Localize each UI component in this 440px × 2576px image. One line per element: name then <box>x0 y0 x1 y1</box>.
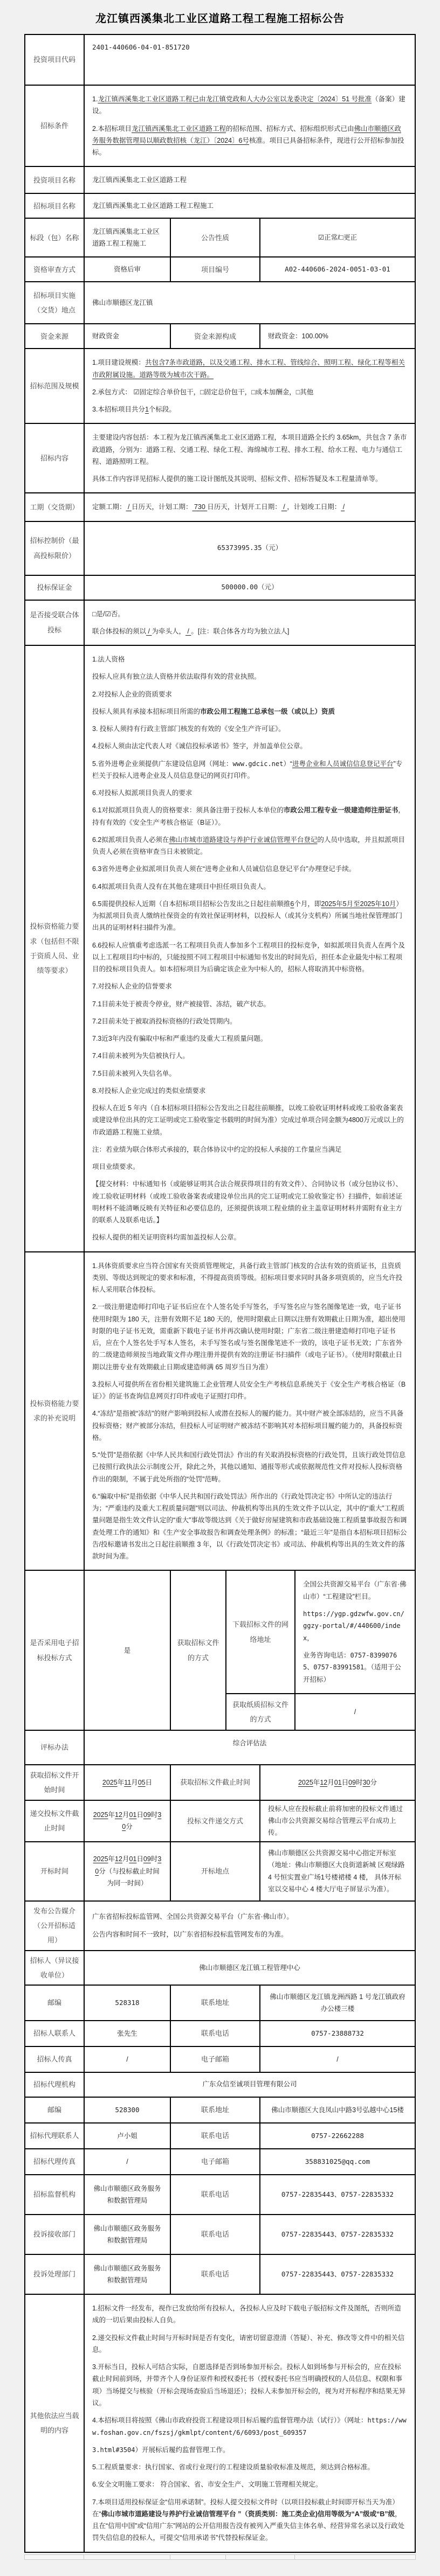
other-content-value: 1.招标文件一经发布，视作已发放给所有投标人，各投标人应及时下载电子版招标文件及… <box>84 2294 415 2552</box>
control-price-label: 招标控制价（最高投标限价） <box>25 521 84 575</box>
tenderer-contact-value: 张先生 <box>84 2021 170 2046</box>
table-row: 投诉接收部门 佛山市顺德区政务服务和数据管理局 联系电话 0757-228354… <box>25 2215 415 2254</box>
obtain-method-label: 获取招标文件的方式 <box>170 1570 226 1730</box>
tenderer-tel-value: 0757-23888732 <box>260 2021 415 2046</box>
agency-email-label: 电子邮箱 <box>170 2149 260 2175</box>
tender-project-name-value: 龙江镇西溪集北工业区道路工程工程施工 <box>84 193 415 218</box>
section-name-value: 龙江镇西溪集北工业区道路工程工程施工 <box>84 218 170 257</box>
tenderer-address-label: 联系地址 <box>170 1985 260 2021</box>
investment-code-value: 2401-440606-04-01-851720 <box>84 34 415 85</box>
other-content-label: 其他依法应当载明的内容 <box>25 2294 84 2552</box>
download-url-label: 下载招标文件的网络地址 <box>226 1570 295 1694</box>
agency-fax-label: 招标代理传真 <box>25 2149 84 2175</box>
funding-composition-label: 资金来源构成 <box>170 324 260 349</box>
supervisor-value: 佛山市顺德区政务服务和数据管理局 <box>84 2175 170 2215</box>
paper-document-value: / <box>295 1694 415 1730</box>
table-row: 投资项目代码 2401-440606-04-01-851720 <box>25 34 415 85</box>
complaint-receive-tel-value: 0757-22835443、0757-22835332 <box>260 2215 415 2254</box>
table-section-agency-contact: 邮编 528300 联系地址 佛山市顺德区大良凤山中路3号弘越中心15楼 招标代… <box>24 2097 416 2295</box>
table-row: 发布公告媒介（公开招标适用） 广东省招标投标监管网、全国公共资源交易平台（广东省… <box>25 1901 415 1951</box>
table-row: 招标控制价（最高投标限价） 65373995.35（元） <box>25 521 415 575</box>
tenderer-fax-label: 招标人传真 <box>25 2046 84 2072</box>
notice-nature-value: ☑正常/□更正 <box>260 218 415 257</box>
table-row: 邮编 528300 联系地址 佛山市顺德区大良凤山中路3号弘越中心15楼 <box>25 2097 415 2123</box>
table-section-media: 发布公告媒介（公开招标适用） 广东省招标投标监管网、全国公共资源交易平台（广东省… <box>24 1900 416 1986</box>
table-row: 评标办法 综合评估法 <box>25 1730 415 1765</box>
tender-project-name-label: 招标项目名称 <box>25 193 84 218</box>
supervisor-label: 招标监督机构 <box>25 2175 84 2215</box>
complaint-receive-value: 佛山市顺德区政务服务和数据管理局 <box>84 2215 170 2254</box>
project-number-value: A02-440606-2024-0051-03-01 <box>260 257 415 282</box>
bid-bond-label: 投标保证金 <box>25 575 84 600</box>
complaint-handle-value: 佛山市顺德区政务服务和数据管理局 <box>84 2254 170 2294</box>
complaint-handle-label: 投诉处理部门 <box>25 2254 84 2294</box>
tender-content-value: 主要建设内容包括：本工程为龙江镇西溪集北工业区道路工程，本项目道路全长约 3.6… <box>84 423 415 493</box>
supervisor-tel-value: 0757-22835443、0757-22835332 <box>260 2175 415 2215</box>
table-row: 招标代理机构 广东众信至诚项目管理有限公司 <box>25 2072 415 2097</box>
agency-tel-value: 0757-22662288 <box>260 2123 415 2149</box>
delivery-location-value: 佛山市顺德区龙江镇 <box>84 282 415 324</box>
table-section-electronic: 是否采用电子招标投标方式 是 获取招标文件的方式 下载招标文件的网络地址 全国公… <box>24 1570 416 1731</box>
download-url-value: 全国公共资源交易平台（广东省·佛山市）“工程建设”栏目。https://ygp.… <box>295 1570 415 1694</box>
qualification-review-label: 资格审查方式 <box>25 257 84 282</box>
paper-document-label: 获取纸质招标文件的方式 <box>226 1694 295 1730</box>
table-section-basic: 投资项目代码 2401-440606-04-01-851720 招标条件 1.龙… <box>24 34 416 219</box>
qualification-supplement-label: 投标资格能力要求的补充说明 <box>25 1252 84 1571</box>
consortium-value: □是/☑否。联合体投标的须以 / 为牵头人， / 。[注：联合体各方均为独立法人… <box>84 600 415 646</box>
electronic-bidding-label: 是否采用电子招标投标方式 <box>25 1570 84 1730</box>
announcement-media-value: 广东省招标投标监管网、全国公共资源交易平台（广东省·佛山市）。公告内容和时间不一… <box>84 1901 415 1951</box>
table-section-other: 其他依法应当载明的内容 1.招标文件一经发布，视作已发放给所有投标人，各投标人应… <box>24 2294 416 2553</box>
section-name-label: 标段（包）名称 <box>25 218 84 257</box>
table-row: 招标代理联系人 卢小姐 联系电话 0757-22662288 <box>25 2123 415 2149</box>
table-row: 投资项目名称 龙江镇西溪集北工业区道路工程 <box>25 166 415 193</box>
announcement-page: 龙江镇西溪集北工业区道路工程工程施工招标公告 投资项目代码 2401-44060… <box>0 0 440 2576</box>
table-row: 招标人传真 / 电子邮箱 / <box>25 2046 415 2072</box>
tenderer-email-value: / <box>260 2046 415 2072</box>
obtain-end-value: 2025年12月01日09时30分 <box>260 1765 415 1800</box>
investment-name-value: 龙江镇西溪集北工业区道路工程 <box>84 166 415 193</box>
tenderer-email-label: 电子邮箱 <box>170 2046 260 2072</box>
opening-time-value: 2025年12月01日09时30分（与投标截止时间为同一时间） <box>84 1842 170 1901</box>
tenderer-fax-value: / <box>84 2046 170 2072</box>
table-section-scope: 招标范围及规模 1.项目建设规模：共包含7条市政道路，以及交通工程、排水工程、管… <box>24 348 416 1571</box>
evaluation-method-label: 评标办法 <box>25 1730 84 1765</box>
table-row: 招标人联系人 张先生 联系电话 0757-23888732 <box>25 2021 415 2046</box>
opening-time-label: 开标时间 <box>25 1842 84 1901</box>
announcement-table: 投资项目代码 2401-440606-04-01-851720 招标条件 1.龙… <box>24 34 416 2560</box>
notice-nature-label: 公告性质 <box>170 218 260 257</box>
funding-source-label: 资金来源 <box>25 324 84 349</box>
page-title: 龙江镇西溪集北工业区道路工程工程施工招标公告 <box>0 10 440 25</box>
table-section-tenderer-contact: 邮编 528318 联系地址 佛山市顺德区龙江镇龙洲西路 1 号龙江镇政府办公楼… <box>24 1985 416 2073</box>
table-row: 是否接受联合体投标 □是/☑否。联合体投标的须以 / 为牵头人， / 。[注：联… <box>25 600 415 646</box>
obtain-start-label: 获取招标文件开始时间 <box>25 1765 84 1800</box>
agency-zip-value: 528300 <box>84 2097 170 2123</box>
tenderer-zip-value: 528318 <box>84 1985 170 2021</box>
table-row: 递交投标文件截止时间 2025年12月01日09时30分 投标文件递交方式 投标… <box>25 1800 415 1842</box>
footer-cell <box>84 2554 170 2559</box>
table-row: 招标监督机构 佛山市顺德区政务服务和数据管理局 联系电话 0757-228354… <box>25 2175 415 2215</box>
agency-contact-label: 招标代理联系人 <box>25 2123 84 2149</box>
tender-content-label: 招标内容 <box>25 423 84 493</box>
table-section-evaluation: 评标办法 综合评估法 <box>24 1730 416 1765</box>
table-row: 邮编 528318 联系地址 佛山市顺德区龙江镇龙洲西路 1 号龙江镇政府办公楼… <box>25 1985 415 2021</box>
duration-label: 工期（交货期） <box>25 493 84 521</box>
agency-fax-value: / <box>84 2149 170 2175</box>
table-row: 投标资格能力要求的补充说明 1.具体资质要求应当符合国家有关资质管理规定，具备行… <box>25 1252 415 1571</box>
qualification-review-value: 资格后审 <box>84 257 170 282</box>
agency-zip-label: 邮编 <box>25 2097 84 2123</box>
supervisor-tel-label: 联系电话 <box>170 2175 260 2215</box>
funding-composition-value: 财政资金：100.00% <box>260 324 415 349</box>
table-row: 投标保证金 500000.00（元） <box>25 575 415 600</box>
footer-cell <box>170 2554 226 2559</box>
complaint-receive-tel-label: 联系电话 <box>170 2215 260 2254</box>
table-row: 招标内容 主要建设内容包括：本工程为龙江镇西溪集北工业区道路工程，本项目道路全长… <box>25 423 415 493</box>
complaint-handle-tel-value: 0757-22835443、0757-22835332 <box>260 2254 415 2294</box>
complaint-handle-tel-label: 联系电话 <box>170 2254 260 2294</box>
investment-code-label: 投资项目代码 <box>25 34 84 85</box>
agency-email-value: 358831025@qq.com <box>260 2149 415 2175</box>
tenderer-contact-label: 招标人联系人 <box>25 2021 84 2046</box>
duration-value: 定额工期： / 日历天，计划工期： 730 日历天，计划开工日期： / ，计划竣… <box>84 493 415 521</box>
table-row: 是否采用电子招标投标方式 是 获取招标文件的方式 下载招标文件的网络地址 全国公… <box>25 1570 415 1694</box>
table-row: 获取招标文件开始时间 2025年11月05日 获取招标文件截止时间 2025年1… <box>25 1765 415 1800</box>
tender-conditions-label: 招标条件 <box>25 85 84 166</box>
table-row: 招标人（异议接收单位） 佛山市顺德区龙江镇工程管理中心 <box>25 1951 415 1986</box>
agency-address-label: 联系地址 <box>170 2097 260 2123</box>
table-row: 其他依法应当载明的内容 1.招标文件一经发布，视作已发放给所有投标人，各投标人应… <box>25 2294 415 2552</box>
table-section-funding: 资金来源 财政资金 资金来源构成 财政资金：100.00% <box>24 323 416 349</box>
submission-deadline-value: 2025年12月01日09时30分 <box>84 1800 170 1842</box>
qualification-requirements-value: 1.法人资格投标人应具有独立法人资格并依法取得有效的营业执照。2.对投标人企业的… <box>84 645 415 1252</box>
scope-label: 招标范围及规模 <box>25 349 84 423</box>
table-section-id: 标段（包）名称 龙江镇西溪集北工业区道路工程工程施工 公告性质 ☑正常/□更正 … <box>24 218 416 282</box>
table-section-times: 获取招标文件开始时间 2025年11月05日 获取招标文件截止时间 2025年1… <box>24 1764 416 1902</box>
tenderer-value: 佛山市顺德区龙江镇工程管理中心 <box>84 1951 415 1986</box>
project-number-label: 项目编号 <box>170 257 260 282</box>
table-row: 招标代理传真 / 电子邮箱 358831025@qq.com <box>25 2149 415 2175</box>
footer-row <box>25 2554 416 2559</box>
table-row: 投标资格能力要求（包括但不限于资质人员、业绩等要求） 1.法人资格投标人应具有独… <box>25 645 415 1252</box>
agency-label: 招标代理机构 <box>25 2072 84 2097</box>
table-row: 工期（交货期） 定额工期： / 日历天，计划工期： 730 日历天，计划开工日期… <box>25 493 415 521</box>
table-row: 招标项目名称 龙江镇西溪集北工业区道路工程工程施工 <box>25 193 415 218</box>
footer-cell <box>226 2554 295 2559</box>
tender-conditions-value: 1.龙江镇西溪集北工业区道路工程已由龙江镇党政和人大办公室以龙委决定〔2024〕… <box>84 85 415 166</box>
table-row: 招标范围及规模 1.项目建设规模：共包含7条市政道路，以及交通工程、排水工程、管… <box>25 349 415 423</box>
tenderer-label: 招标人（异议接收单位） <box>25 1951 84 1986</box>
scope-value: 1.项目建设规模：共包含7条市政道路，以及交通工程、排水工程、管线综合、照明工程… <box>84 349 415 423</box>
footer-cell <box>25 2554 84 2559</box>
submission-method-value: 投标人应在投标截止前将加密的投标文件通过佛山市公共资源交易综合管理云平台成功上传… <box>260 1800 415 1842</box>
complaint-receive-label: 投诉接收部门 <box>25 2215 84 2254</box>
table-section-location: 招标项目实施（交货）地点 佛山市顺德区龙江镇 <box>24 281 416 324</box>
announcement-media-label: 发布公告媒介（公开招标适用） <box>25 1901 84 1951</box>
table-row: 资格审查方式 资格后审 项目编号 A02-440606-2024-0051-03… <box>25 257 415 282</box>
tenderer-tel-label: 联系电话 <box>170 2021 260 2046</box>
opening-place-label: 开标地点 <box>170 1842 260 1901</box>
agency-contact-value: 卢小姐 <box>84 2123 170 2149</box>
tenderer-zip-label: 邮编 <box>25 1985 84 2021</box>
delivery-location-label: 招标项目实施（交货）地点 <box>25 282 84 324</box>
agency-address-value: 佛山市顺德区大良凤山中路3号弘越中心15楼 <box>260 2097 415 2123</box>
qualification-requirements-label: 投标资格能力要求（包括但不限于资质人员、业绩等要求） <box>25 645 84 1252</box>
consortium-label: 是否接受联合体投标 <box>25 600 84 646</box>
footer-cell <box>295 2554 416 2559</box>
evaluation-method-value: 综合评估法 <box>84 1730 415 1765</box>
control-price-value: 65373995.35（元） <box>84 521 415 575</box>
table-section-agency: 招标代理机构 广东众信至诚项目管理有限公司 <box>24 2072 416 2098</box>
table-row: 投诉处理部门 佛山市顺德区政务服务和数据管理局 联系电话 0757-228354… <box>25 2254 415 2294</box>
qualification-supplement-value: 1.具体资质要求应当符合国家有关资质管理规定，具备行政主管部门核发的合法有效的资… <box>84 1252 415 1571</box>
tenderer-address-value: 佛山市顺德区龙江镇龙洲西路 1 号龙江镇政府办公楼三楼 <box>260 1985 415 2021</box>
table-row: 招标项目实施（交货）地点 佛山市顺德区龙江镇 <box>25 282 415 324</box>
submission-method-label: 投标文件递交方式 <box>170 1800 260 1842</box>
footer-grid <box>24 2554 416 2560</box>
obtain-end-label: 获取招标文件截止时间 <box>170 1765 260 1800</box>
agency-tel-label: 联系电话 <box>170 2123 260 2149</box>
table-row: 资金来源 财政资金 资金来源构成 财政资金：100.00% <box>25 324 415 349</box>
obtain-start-value: 2025年11月05日 <box>84 1765 170 1800</box>
opening-place-value: 佛山市顺德区公共资源交易中心指定开标室（地址：佛山市顺德区大良街道新城 区观绿路… <box>260 1842 415 1901</box>
table-row: 标段（包）名称 龙江镇西溪集北工业区道路工程工程施工 公告性质 ☑正常/□更正 <box>25 218 415 257</box>
table-row: 开标时间 2025年12月01日09时30分（与投标截止时间为同一时间） 开标地… <box>25 1842 415 1901</box>
submission-deadline-label: 递交投标文件截止时间 <box>25 1800 84 1842</box>
agency-value: 广东众信至诚项目管理有限公司 <box>84 2072 415 2097</box>
bid-bond-value: 500000.00（元） <box>84 575 415 600</box>
funding-source-value: 财政资金 <box>84 324 170 349</box>
investment-name-label: 投资项目名称 <box>25 166 84 193</box>
electronic-bidding-value: 是 <box>84 1570 170 1730</box>
table-row: 招标条件 1.龙江镇西溪集北工业区道路工程已由龙江镇党政和人大办公室以龙委决定〔… <box>25 85 415 166</box>
